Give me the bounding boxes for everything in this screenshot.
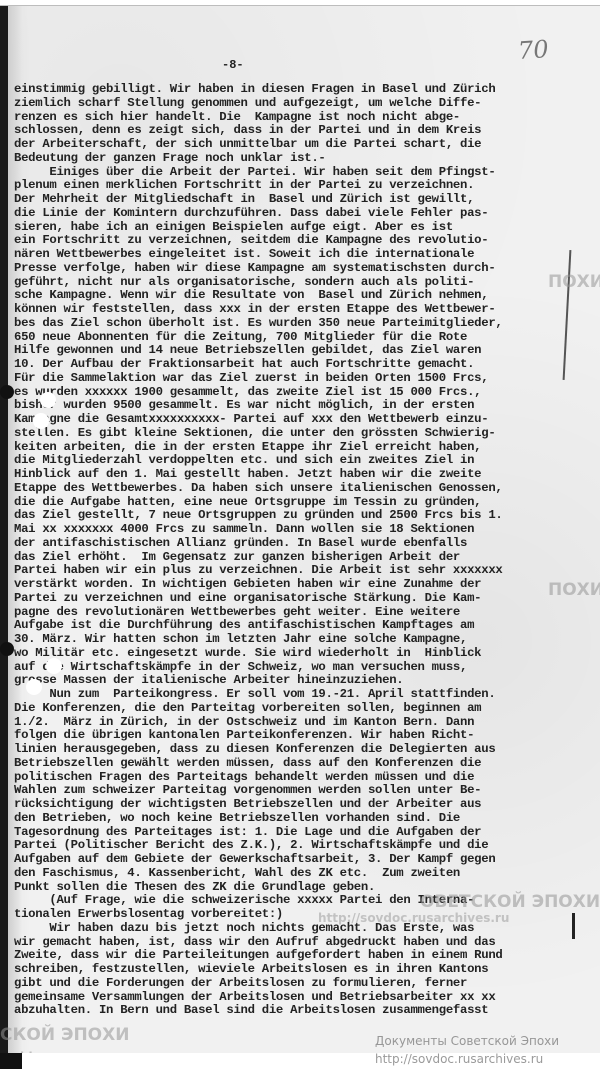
text-line: gemeinsame Versammlungen der Arbeitslose… bbox=[14, 991, 594, 1005]
scan-top-border bbox=[0, 0, 600, 6]
text-line: den Faschismus, 4. Kassenbericht, Wahl d… bbox=[14, 867, 594, 881]
text-line: linien herausgegeben, dass zu diesen Kon… bbox=[14, 743, 594, 757]
text-line: pagne des revolutionären Wettbewerbes ge… bbox=[14, 606, 594, 620]
text-line: schreiben, festzustellen, wieviele Arbei… bbox=[14, 963, 594, 977]
text-line: Bedeutung der ganzen Frage noch unklar i… bbox=[14, 152, 594, 166]
text-line: Hinblick auf den 1. Mai gestellt haben. … bbox=[14, 468, 594, 482]
text-line: Wahlen zum schweizer Parteitag vorgenomm… bbox=[14, 784, 594, 798]
text-line: können wir feststellen, dass xxx in der … bbox=[14, 303, 594, 317]
text-line: sche Kampagne. Wenn wir die Resultate vo… bbox=[14, 289, 594, 303]
text-line: verstärkt worden. In wichtigen Gebieten … bbox=[14, 578, 594, 592]
scan-left-border bbox=[0, 0, 8, 1069]
punch-hole bbox=[46, 658, 62, 674]
text-line: bisher wurden 9500 gesammelt. Es war nic… bbox=[14, 399, 594, 413]
text-line: Presse verfolge, haben wir diese Kampagn… bbox=[14, 262, 594, 276]
text-line: geführt, nicht nur als organisatorische,… bbox=[14, 276, 594, 290]
text-line: Nun zum Parteikongress. Er soll vom 19.-… bbox=[14, 688, 594, 702]
punch-hole bbox=[40, 392, 56, 408]
text-line: Für die Sammelaktion war das Ziel zuerst… bbox=[14, 372, 594, 386]
text-line: keiten arbeiten, die in der ersten Etapp… bbox=[14, 441, 594, 455]
page-number: -8- bbox=[222, 58, 244, 72]
text-line: grosse Massen der italienische Arbeiter … bbox=[14, 674, 594, 688]
margin-mark bbox=[572, 913, 575, 939]
text-line: Zweite, dass wir die Parteileitungen auf… bbox=[14, 949, 594, 963]
scanned-document-page: -8- 70 einstimmig gebilligt. Wir haben i… bbox=[0, 0, 600, 1069]
text-line: Kampagne die Gesamtxxxxxxxxxx- Partei au… bbox=[14, 413, 594, 427]
scan-bottom-corner bbox=[0, 1053, 22, 1069]
text-line: nären Wettbewerbes eingeleitet ist. Sowe… bbox=[14, 248, 594, 262]
text-line: 650 neue Abonnenten für die Zeitung, 700… bbox=[14, 331, 594, 345]
text-line: bes das Ziel schon überholt ist. Es wurd… bbox=[14, 317, 594, 331]
text-line: Der Mehrheit der Mitgliedschaft in Basel… bbox=[14, 193, 594, 207]
text-line: Partei zu verzeichnen und eine organisat… bbox=[14, 592, 594, 606]
text-line: sieren, habe ich an einigen Beispielen a… bbox=[14, 221, 594, 235]
text-line: der Arbeiterschaft, der sich unmittelbar… bbox=[14, 138, 594, 152]
text-line: (Auf Frage, wie die schweizerische xxxxx… bbox=[14, 894, 594, 908]
typewritten-body-text: einstimmig gebilligt. Wir haben in diese… bbox=[14, 83, 594, 1018]
text-line: gibt und die Forderungen der Arbeitslose… bbox=[14, 977, 594, 991]
text-line: ziemlich scharf Stellung genommen und au… bbox=[14, 97, 594, 111]
text-line: Aufgabe ist die Durchführung des antifas… bbox=[14, 619, 594, 633]
text-line: rücksichtigung der wichtigsten Betriebsz… bbox=[14, 798, 594, 812]
text-line: der antifaschistischen Allianz gründen. … bbox=[14, 537, 594, 551]
text-line: plenum einen merklichen Fortschritt in d… bbox=[14, 179, 594, 193]
text-line: Betriebszellen gewählt werden müssen, da… bbox=[14, 757, 594, 771]
text-line: wir gemacht haben, ist, dass wir den Auf… bbox=[14, 936, 594, 950]
text-line: 10. Der Aufbau der Fraktionsarbeit hat a… bbox=[14, 358, 594, 372]
text-line: Wir haben dazu bis jetzt noch nichts gem… bbox=[14, 922, 594, 936]
text-line: 1./2. März in Zürich, in der Ostschweiz … bbox=[14, 716, 594, 730]
text-line: folgen die übrigen kantonalen Parteikonf… bbox=[14, 729, 594, 743]
text-line: die Linie der Komintern durchzuführen. D… bbox=[14, 207, 594, 221]
text-line: Hilfe gewonnen und 14 neue Betriebszelle… bbox=[14, 344, 594, 358]
text-line: das Ziel erhöht. Im Gegensatz zur ganzen… bbox=[14, 551, 594, 565]
text-line: wo Militär etc. eingesetzt wurde. Sie wi… bbox=[14, 647, 594, 661]
text-line: die Mitgliederzahl verdoppelten etc. und… bbox=[14, 454, 594, 468]
text-line: schlossen, denn es zeigt sich, dass in d… bbox=[14, 124, 594, 138]
text-line: den Betrieben, wo noch keine Betriebszel… bbox=[14, 812, 594, 826]
watermark-archive-url: http://sovdoc.rusarchives.ru bbox=[375, 1052, 543, 1066]
text-line: stellen. Es gibt kleine Sektionen, die u… bbox=[14, 427, 594, 441]
text-line: Aufgaben auf dem Gebiete der Gewerkschaf… bbox=[14, 853, 594, 867]
text-line: Die Konferenzen, die den Parteitag vorbe… bbox=[14, 702, 594, 716]
punch-hole bbox=[0, 385, 14, 399]
punch-hole bbox=[26, 679, 42, 695]
text-line: Etappe des Wettbewerbes. Da haben sich u… bbox=[14, 482, 594, 496]
text-line: Mai xx xxxxxxx 4000 Frcs zu sammeln. Dan… bbox=[14, 523, 594, 537]
text-line: tionalen Erwerbslosentag vorbereitet:) bbox=[14, 908, 594, 922]
text-line: Partei haben wir ein plus zu verzeichnen… bbox=[14, 564, 594, 578]
text-line: politischen Fragen des Parteitags behand… bbox=[14, 771, 594, 785]
watermark-archive-title: Документы Советской Эпохи bbox=[375, 1034, 559, 1048]
text-line: die die Aufgabe hatten, eine neue Ortsgr… bbox=[14, 496, 594, 510]
text-line: einstimmig gebilligt. Wir haben in diese… bbox=[14, 83, 594, 97]
text-line: 30. März. Wir hatten schon im letzten Ja… bbox=[14, 633, 594, 647]
text-line: abzuhalten. In Bern und Basel sind die A… bbox=[14, 1004, 594, 1018]
punch-hole bbox=[0, 642, 14, 656]
text-line: Punkt sollen die Thesen des ZK die Grund… bbox=[14, 881, 594, 895]
punch-hole bbox=[33, 413, 49, 429]
text-line: das Ziel gestellt, 7 neue Ortsgruppen zu… bbox=[14, 509, 594, 523]
text-line: ein Fortschritt zu verzeichnen, seitdem … bbox=[14, 234, 594, 248]
text-line: auf die Wirtschaftskämpfe in der Schweiz… bbox=[14, 661, 594, 675]
text-line: Einiges über die Arbeit der Partei. Wir … bbox=[14, 166, 594, 180]
text-line: renzen es sich hier handelt. Die Kampagn… bbox=[14, 111, 594, 125]
text-line: Tagesordnung des Parteitages ist: 1. Die… bbox=[14, 826, 594, 840]
text-line: Partei (Politischer Bericht des Z.K.), 2… bbox=[14, 839, 594, 853]
handwritten-folio-number: 70 bbox=[517, 35, 549, 65]
text-line: es wurden xxxxxx 1900 gesammelt, das zwe… bbox=[14, 386, 594, 400]
